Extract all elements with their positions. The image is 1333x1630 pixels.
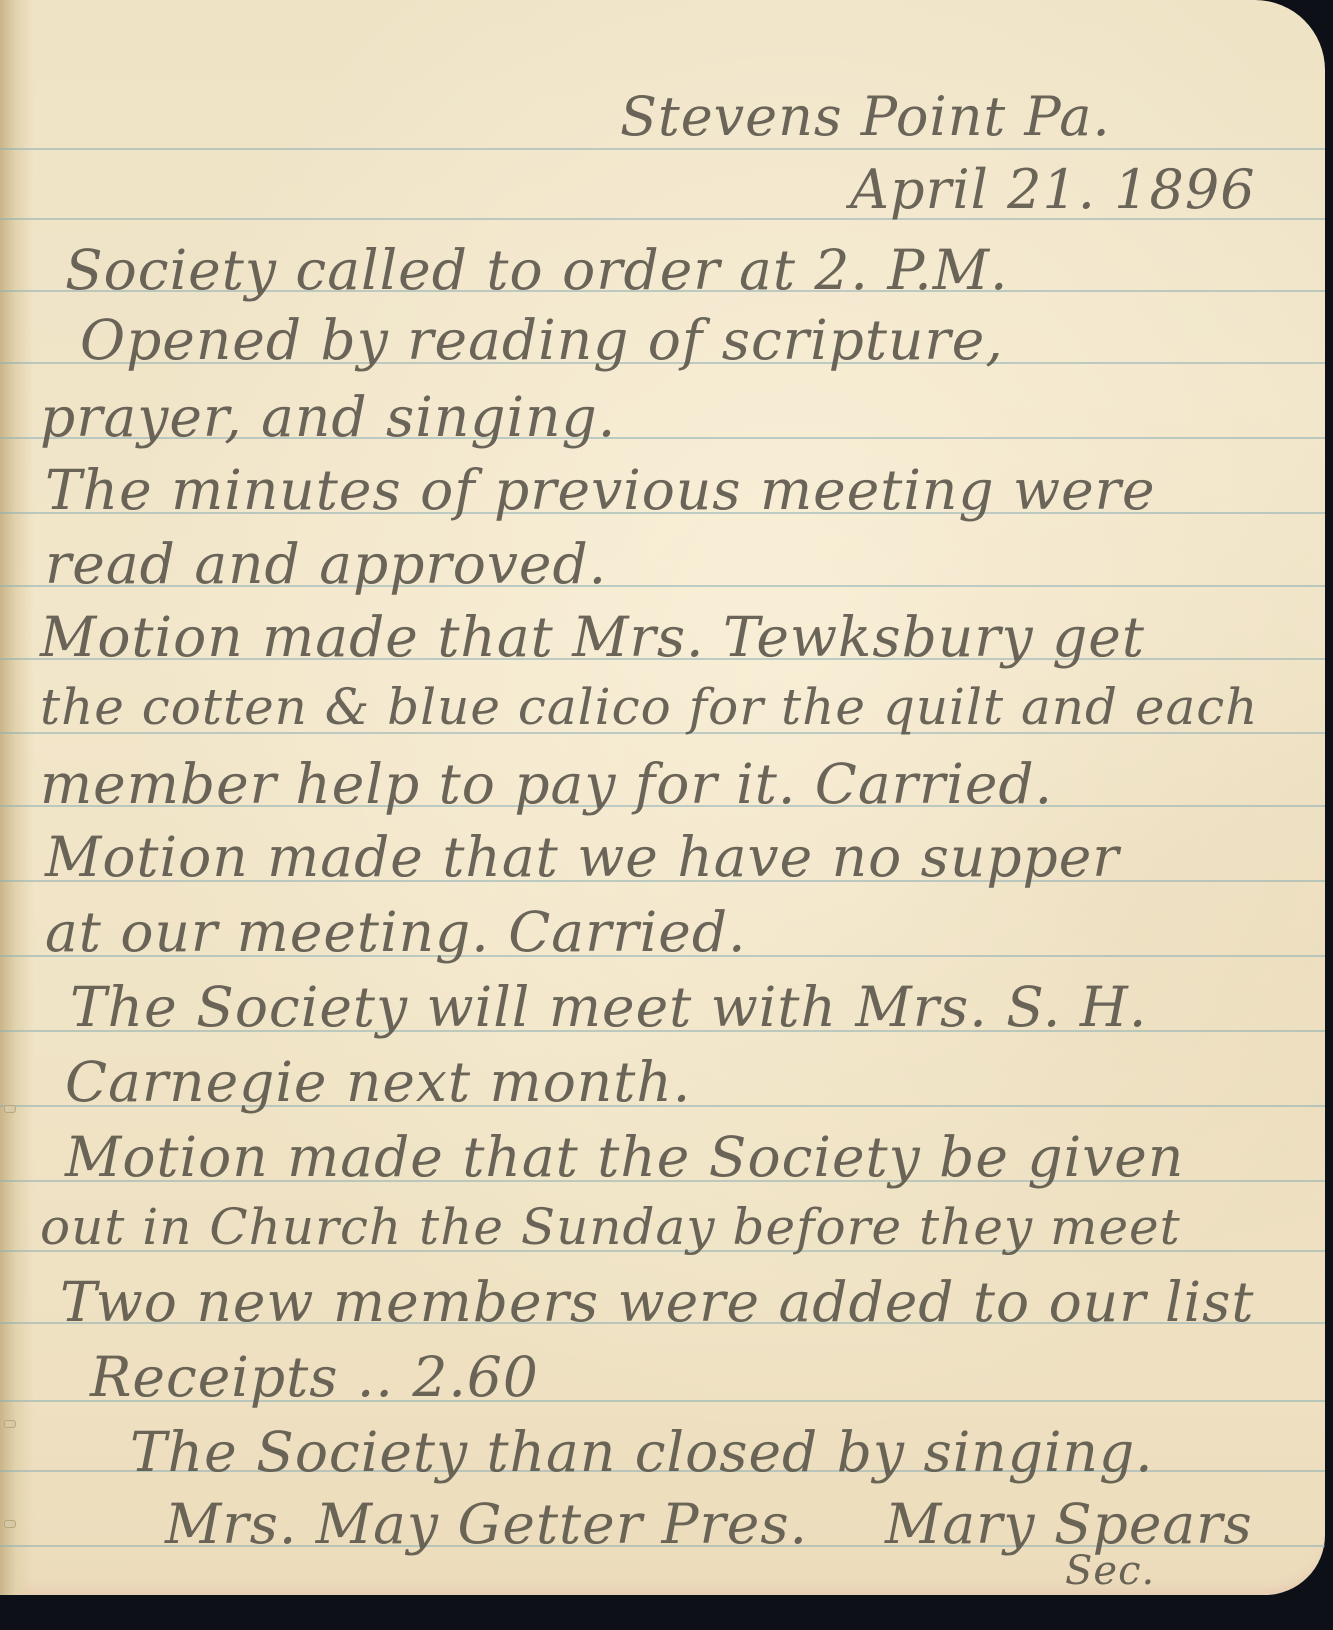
minutes-line: Receipts .. 2.60 xyxy=(90,1345,539,1409)
minutes-line: read and approved. xyxy=(45,532,607,596)
minutes-line: Motion made that Mrs. Tewksbury get xyxy=(40,605,1145,669)
minutes-line: The Society than closed by singing. xyxy=(130,1420,1154,1484)
minutes-line: member help to pay for it. Carried. xyxy=(40,752,1053,816)
minutes-line: The minutes of previous meeting were xyxy=(45,458,1156,522)
secretary-title: Sec. xyxy=(1065,1548,1155,1594)
minutes-line: Motion made that we have no supper xyxy=(45,825,1120,889)
minutes-line: The Society will meet with Mrs. S. H. xyxy=(70,975,1147,1039)
binding-stitch xyxy=(4,1105,16,1113)
president-signature: Mrs. May Getter Pres. xyxy=(165,1492,808,1556)
minutes-line: the cotten & blue calico for the quilt a… xyxy=(40,678,1259,736)
header-place: Stevens Point Pa. xyxy=(620,85,1111,148)
header-date: April 21. 1896 xyxy=(850,158,1256,221)
minutes-line: Two new members were added to our list xyxy=(60,1270,1254,1334)
minutes-line: Society called to order at 2. P.M. xyxy=(65,238,1009,302)
minutes-line: Carnegie next month. xyxy=(65,1050,691,1114)
minutes-line: prayer, and singing. xyxy=(40,385,616,449)
minutes-line: out in Church the Sunday before they mee… xyxy=(40,1198,1181,1256)
binding-stitch xyxy=(4,1420,16,1428)
minutes-line: Opened by reading of scripture, xyxy=(80,308,1004,372)
binding-edge xyxy=(0,0,34,1595)
minutes-line: at our meeting. Carried. xyxy=(45,900,747,964)
secretary-signature: Mary Spears xyxy=(885,1492,1253,1556)
minutes-line: Motion made that the Society be given xyxy=(65,1125,1184,1189)
notebook-page: Stevens Point Pa. April 21. 1896 Society… xyxy=(0,0,1325,1595)
binding-stitch xyxy=(4,1520,16,1528)
ruled-line xyxy=(0,148,1325,150)
